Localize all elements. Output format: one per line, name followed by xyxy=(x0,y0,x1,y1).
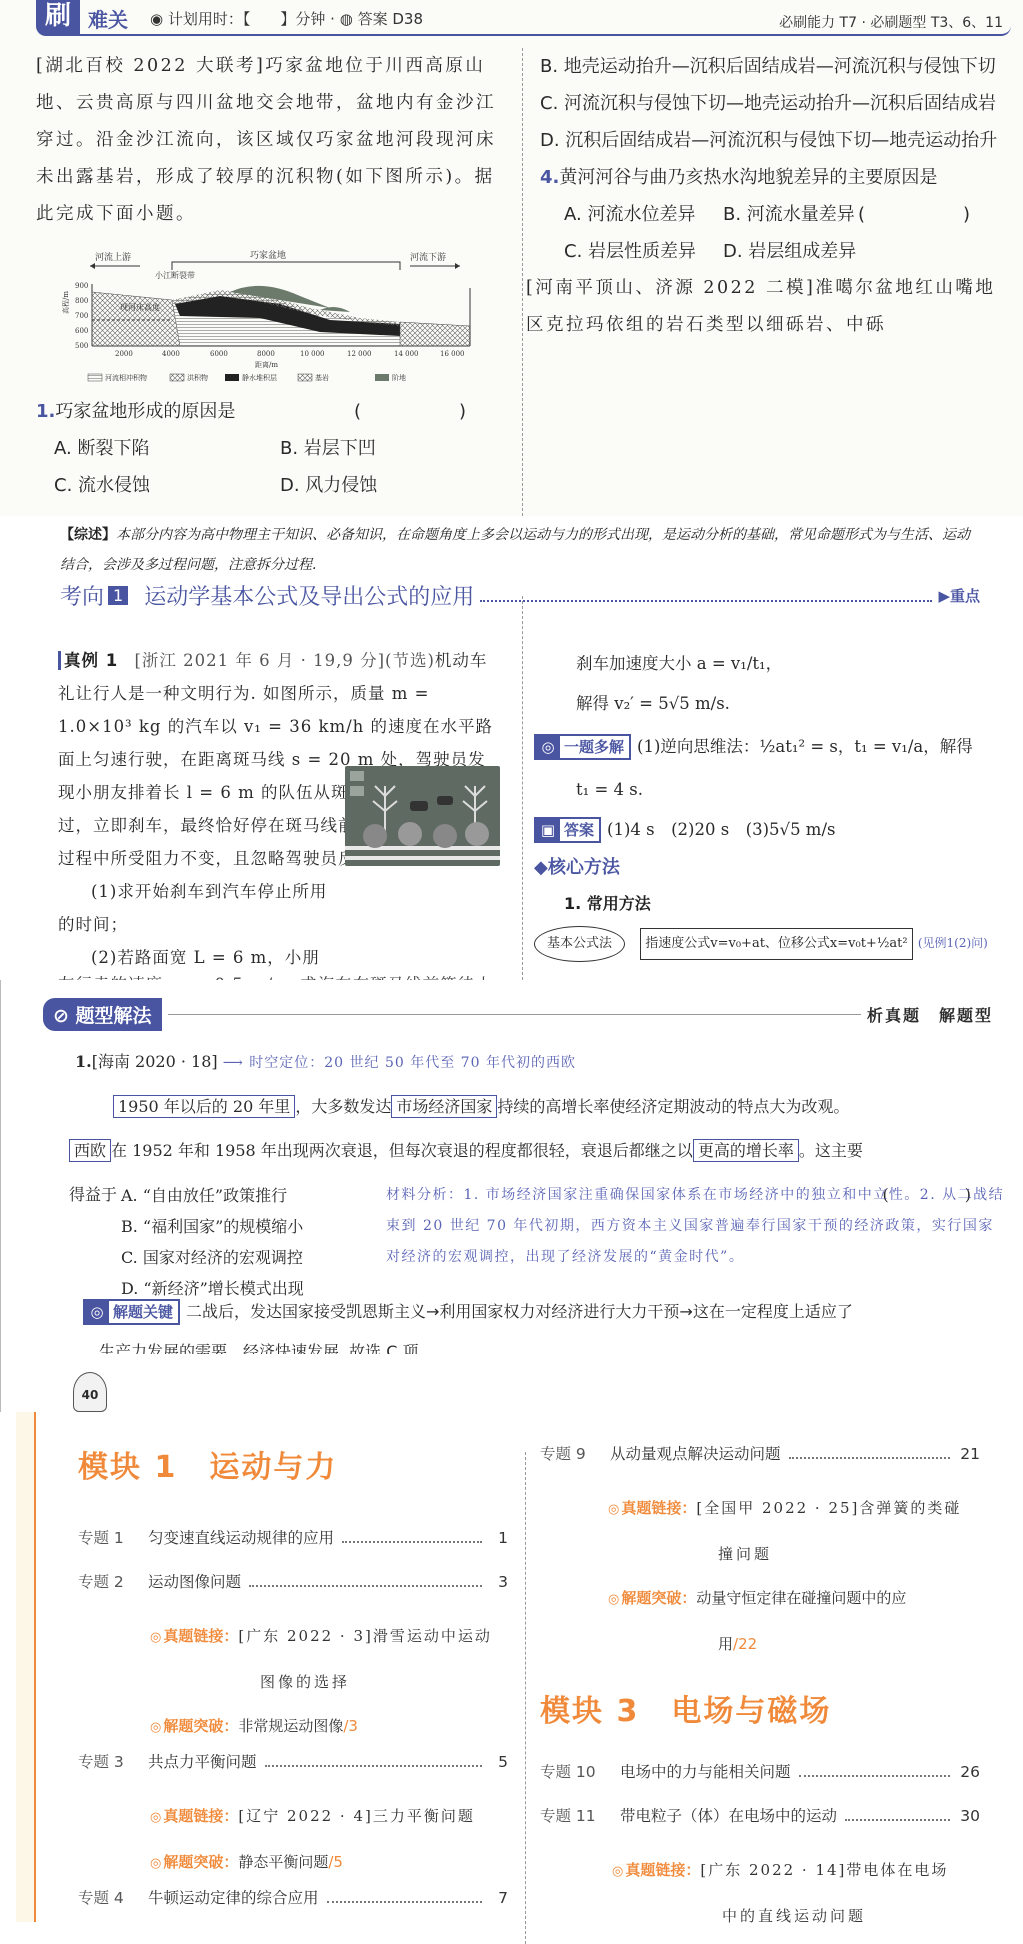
solution-line-1: 刹车加速度大小 a = v₁/t₁， xyxy=(534,644,1014,684)
answer-icon: ▣ xyxy=(536,819,560,841)
svg-text:900: 900 xyxy=(75,282,88,290)
svg-text:12 000: 12 000 xyxy=(347,350,372,358)
solution-column: 刹车加速度大小 a = v₁/t₁， 解得 v₂′ = 5√5 m/s. ◎一题… xyxy=(534,644,1014,962)
toc-item-3[interactable]: 专题 3共点力平衡问题5 xyxy=(78,1750,508,1794)
svg-text:6000: 6000 xyxy=(210,350,228,358)
dotted-leader xyxy=(480,590,932,602)
svg-text:静水堆积层: 静水堆积层 xyxy=(242,373,277,382)
svg-text:洪积物: 洪积物 xyxy=(187,373,208,382)
toc-item-2[interactable]: 专题 2运动图像问题3 xyxy=(78,1570,508,1614)
option-d-sequence[interactable]: D. 沉积后固结成岩—河流沉积与侵蚀下切—地壳运动抬升 xyxy=(540,122,1010,159)
option-a[interactable]: A. “自由放任”政策推行 xyxy=(121,1180,371,1211)
option-a[interactable]: A. 河流水位差异 xyxy=(564,196,723,233)
crosswalk-illustration xyxy=(345,766,500,866)
left-column: [湖北百校 2022 大联考]巧家盆地位于川西高原山地、云贵高原与四川盆地交会地… xyxy=(36,48,506,233)
question-number: 4. xyxy=(540,167,559,188)
section-number: 1 xyxy=(108,586,128,605)
method-diagram: 基本公式法 指速度公式v=v₀+at、位移公式x=v₀t+½at² (见例1(2… xyxy=(534,926,1014,962)
example-note: (见例1(2)问) xyxy=(918,936,988,950)
physics-example-panel: 【综述】本部分内容为高中物理主干知识、必备知识，在命题角度上多会以运动与力的形式… xyxy=(0,516,1023,980)
option-c[interactable]: C. 岩层性质差异 xyxy=(564,233,723,270)
multi-solution-result: t₁ = 4 s. xyxy=(534,770,1014,810)
svg-text:2000: 2000 xyxy=(115,350,133,358)
key-point-tag: ▶重点 xyxy=(938,585,980,606)
toc-sub-breakthrough[interactable]: 解题突破：动量守恒定律在碰撞问题中的应用/22 xyxy=(540,1576,980,1666)
plan-time: ◉ 计划用时：【 】分钟 · ◍ 答案 D38 xyxy=(150,8,423,29)
key-to-solution: ◎解题关键二战后，发达国家接受凯恩斯主义→利用国家权力对经济进行大力干预→这在一… xyxy=(83,1292,1003,1354)
method-header: ⊘ 题型解法 析真题 解题型 xyxy=(43,998,993,1031)
option-d[interactable]: D. 风力侵蚀 xyxy=(280,467,506,504)
toc-item-4[interactable]: 专题 4牛顿运动定律的综合应用7 xyxy=(78,1886,508,1930)
highlight-period: 1950 年以后的 20 年里 xyxy=(113,1095,295,1118)
svg-text:14 000: 14 000 xyxy=(394,350,419,358)
sub-question-1: (1)求开始刹车到汽车停止所用的时间； xyxy=(58,875,338,941)
time-space-annotation: ⟶ 时空定位：20 世纪 50 年代至 70 年代初的西欧 xyxy=(223,1055,576,1071)
question-1: 1.巧家盆地形成的原因是( ) A. 断裂下陷 B. 岩层下凹 C. 流水侵蚀 … xyxy=(36,393,506,504)
option-c[interactable]: C. 流水侵蚀 xyxy=(54,467,280,504)
column-divider xyxy=(525,1452,526,1944)
highlight-western-europe: 西欧 xyxy=(69,1139,111,1162)
method-badge: ⊘ 题型解法 xyxy=(43,998,162,1031)
module-3-title: 模块 3 电场与磁场 xyxy=(540,1686,980,1730)
method-heading: 1. 常用方法 xyxy=(534,886,1014,922)
svg-text:基岩: 基岩 xyxy=(315,373,329,382)
material-analysis: 材料分析：1. 市场经济国家注重确保国家体系在市场经济中的独立和中立性。2. 从… xyxy=(386,1180,1006,1273)
svg-text:10 000: 10 000 xyxy=(300,350,325,358)
header-slogan: 析真题 解题型 xyxy=(867,1003,993,1026)
question-stem: 黄河河谷与曲乃亥热水沟地貌差异的主要原因是 xyxy=(559,167,937,188)
example-tag: 真例 1 xyxy=(58,651,118,670)
question-number: 1. xyxy=(75,1052,92,1071)
answer-badge: ▣答案 xyxy=(534,817,601,843)
options: A. “自由放任”政策推行 B. “福利国家”的规模缩小 C. 国家对经济的宏观… xyxy=(121,1180,371,1304)
brush-logo: 刷 xyxy=(36,0,80,34)
target-icon: ◎ xyxy=(85,1301,109,1323)
geography-exercise-panel: 刷 难关 ◉ 计划用时：【 】分钟 · ◍ 答案 D38 必刷能力 T7 · 必… xyxy=(0,0,1023,516)
basin-cross-section-diagram: 河流上游 巧家盆地 河流下游 小江断裂带 高程/m 90080070060050… xyxy=(60,248,480,388)
passage-2: [河南平顶山、济源 2022 二模]准噶尔盆地红山嘴地区克拉玛依组的岩石类型以细… xyxy=(526,270,1010,344)
page-number-badge: 40 xyxy=(73,1372,107,1412)
key-badge: ◎解题关键 xyxy=(83,1299,180,1325)
right-column: B. 地壳运动抬升—沉积后固结成岩—河流沉积与侵蚀下切 C. 河流沉积与侵蚀下切… xyxy=(540,48,1010,344)
section-title: 运动学基本公式及导出公式的应用 xyxy=(144,580,474,611)
question-source: [海南 2020 · 18] xyxy=(92,1052,218,1071)
level-label: 难关 xyxy=(88,4,128,33)
toc-left-column: 模块 1 运动与力 专题 1匀变速直线运动规律的应用1 专题 2运动图像问题3 … xyxy=(78,1442,508,1930)
summary: 【综述】本部分内容为高中物理主干知识、必备知识，在命题角度上多会以运动与力的形式… xyxy=(60,520,980,580)
question-number: 1. xyxy=(36,401,55,422)
option-b[interactable]: B. “福利国家”的规模缩小 xyxy=(121,1211,371,1242)
column-divider xyxy=(522,48,523,516)
method-oval: 基本公式法 xyxy=(534,926,625,962)
answer-row: ▣答案(1)4 s (2)20 s (3)5√5 m/s xyxy=(534,810,1014,850)
option-c[interactable]: C. 国家对经济的宏观调控 xyxy=(121,1242,371,1273)
answer-paren[interactable]: ( ) xyxy=(882,196,1010,233)
highlight-growth-rate: 更高的增长率 xyxy=(693,1139,799,1162)
svg-text:16 000: 16 000 xyxy=(440,350,465,358)
option-b-sequence[interactable]: B. 地壳运动抬升—沉积后固结成岩—河流沉积与侵蚀下切 xyxy=(540,48,1010,85)
column-divider xyxy=(522,596,523,980)
toc-sub-breakthrough[interactable]: 解题突破：非常规运动图像/3 xyxy=(78,1704,508,1750)
target-icon: ◎ xyxy=(536,736,560,758)
highlight-market-economies: 市场经济国家 xyxy=(391,1095,497,1118)
toc-item-9[interactable]: 专题 9从动量观点解决运动问题21 xyxy=(540,1442,980,1486)
toc-item-11[interactable]: 专题 11带电粒子（体）在电场中的运动30 xyxy=(540,1804,980,1848)
multi-solution: ◎一题多解(1)逆向思维法：½at₁² = s，t₁ = v₁/a，解得 xyxy=(534,724,1014,770)
toc-right-column: 专题 9从动量观点解决运动问题21 真题链接：[全国甲 2022 · 25]含弹… xyxy=(540,1442,980,1938)
svg-text:河流上游: 河流上游 xyxy=(95,251,131,263)
passage-1: [湖北百校 2022 大联考]巧家盆地位于川西高原山地、云贵高原与四川盆地交会地… xyxy=(36,48,506,233)
svg-text:阶地: 阶地 xyxy=(392,373,406,382)
question-4: 4.黄河河谷与曲乃亥热水沟地貌差异的主要原因是( ) xyxy=(540,159,1010,196)
svg-text:8000: 8000 xyxy=(257,350,275,358)
toc-item-10[interactable]: 专题 10电场中的力与能相关问题26 xyxy=(540,1760,980,1804)
practice-ref: 必刷能力 T7 · 必刷题型 T3、6、11 xyxy=(779,12,1003,32)
option-b[interactable]: B. 河流水量差异 xyxy=(723,196,882,233)
section-heading: 考向 1 运动学基本公式及导出公式的应用 ▶重点 xyxy=(60,580,980,611)
answer-paren[interactable]: ( ) xyxy=(354,393,506,430)
option-d[interactable]: D. 岩层组成差异 xyxy=(723,233,882,270)
question-stem: 巧家盆地形成的原因是 xyxy=(55,401,235,422)
svg-text:巧家盆地: 巧家盆地 xyxy=(250,249,286,261)
toc-sub-link[interactable]: 真题链接：[全国甲 2022 · 25]含弹簧的类碰撞问题 xyxy=(540,1486,980,1576)
option-c-sequence[interactable]: C. 河流沉积与侵蚀下切—地壳运动抬升—沉积后固结成岩 xyxy=(540,85,1010,122)
orange-side-stripe xyxy=(16,1412,36,1922)
svg-text:700: 700 xyxy=(75,312,88,320)
table-of-contents-panel: 模块 1 运动与力 专题 1匀变速直线运动规律的应用1 专题 2运动图像问题3 … xyxy=(0,1412,1023,1944)
toc-sub-link[interactable]: 真题链接：[辽宁 2022 · 4]三力平衡问题 xyxy=(78,1794,508,1840)
svg-text:小江断裂带: 小江断裂带 xyxy=(155,270,195,280)
svg-text:河流相冲积物: 河流相冲积物 xyxy=(105,373,147,382)
module-1-title: 模块 1 运动与力 xyxy=(78,1442,508,1486)
option-b[interactable]: B. 岩层下凹 xyxy=(280,430,506,467)
leaf-icon: ⊘ xyxy=(53,1005,76,1027)
toc-sub-link[interactable]: 真题链接：[广东 2022 · 14]带电体在电场中的直线运动问题 xyxy=(540,1848,980,1938)
svg-text:距离/m: 距离/m xyxy=(255,360,278,369)
sub-question-2: (2)若路面宽 L = 6 m，小朋 xyxy=(58,941,338,974)
formula-box: 指速度公式v=v₀+at、位移公式x=v₀t+½at² xyxy=(640,928,912,960)
toc-sub-breakthrough[interactable]: 解题突破：静态平衡问题/5 xyxy=(78,1840,508,1886)
history-question-panel: ⊘ 题型解法 析真题 解题型 1.[海南 2020 · 18] ⟶ 时空定位：2… xyxy=(0,980,1023,1412)
svg-text:高程/m: 高程/m xyxy=(61,291,70,314)
svg-text:500: 500 xyxy=(75,342,88,350)
option-a[interactable]: A. 断裂下陷 xyxy=(54,430,280,467)
svg-text:600: 600 xyxy=(75,327,88,335)
svg-text:4000: 4000 xyxy=(162,350,180,358)
solution-line-2: 解得 v₂′ = 5√5 m/s. xyxy=(534,684,1014,724)
core-method-heading: ◆核心方法 xyxy=(534,850,1014,886)
toc-item-1[interactable]: 专题 1匀变速直线运动规律的应用1 xyxy=(78,1526,508,1570)
svg-text:现河床高度: 现河床高度 xyxy=(120,302,160,312)
svg-text:800: 800 xyxy=(75,297,88,305)
clock-icon: ◉ xyxy=(150,10,163,28)
header-rule xyxy=(168,1014,861,1015)
multi-solution-badge: ◎一题多解 xyxy=(534,734,631,760)
toc-sub-link[interactable]: 真题链接：[广东 2022 · 3]滑雪运动中运动图像的选择 xyxy=(78,1614,508,1704)
answer-icon: ◍ xyxy=(340,10,353,28)
svg-text:河流下游: 河流下游 xyxy=(410,251,446,263)
example-source: [浙江 2021 年 6 月 · 19,9 分](节选) xyxy=(134,651,434,670)
